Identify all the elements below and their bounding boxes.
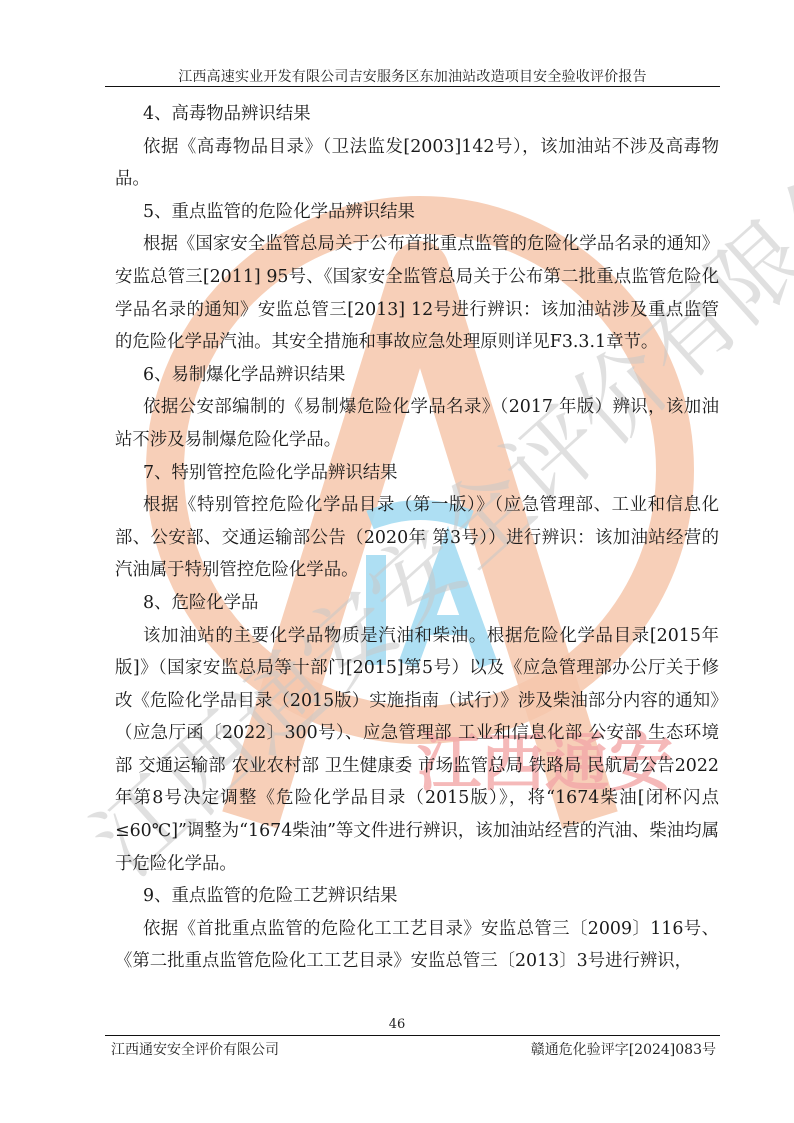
- header-title: 江西高速实业开发有限公司吉安服务区东加油站改造项目安全验收评价报告: [105, 66, 720, 86]
- header-rule: [105, 86, 720, 87]
- paragraph-7: 根据《特别管控危险化学品目录（第一版）》（应急管理部、工业和信息化部、公安部、交…: [115, 489, 719, 587]
- section-heading-9: 9、重点监管的危险工艺辨识结果: [115, 880, 719, 913]
- document-page: 江西高速实业开发有限公司吉安服务区东加油站改造项目安全验收评价报告 江西通安 江…: [0, 0, 794, 1123]
- footer-rule: [105, 1035, 720, 1036]
- section-heading-7: 7、特别管控危险化学品辨识结果: [115, 457, 719, 490]
- page-number: 46: [0, 1017, 794, 1032]
- paragraph-5: 根据《国家安全监管总局关于公布首批重点监管的危险化学品名录的通知》安监总管三[2…: [115, 228, 719, 358]
- paragraph-8: 该加油站的主要化学品物质是汽油和柴油。根据危险化学品目录[2015年版]》（国家…: [115, 620, 719, 881]
- paragraph-4: 依据《高毒物品目录》（卫法监发[2003]142号），该加油站不涉及高毒物品。: [115, 131, 719, 196]
- section-heading-4: 4、高毒物品辨识结果: [115, 98, 719, 131]
- paragraph-6: 依据公安部编制的《易制爆危险化学品名录》（2017 年版）辨识，该加油站不涉及易…: [115, 391, 719, 456]
- section-heading-5: 5、重点监管的危险化学品辨识结果: [115, 196, 719, 229]
- paragraph-9: 依据《首批重点监管的危险化工工艺目录》安监总管三〔2009〕116号、《第二批重…: [115, 913, 719, 978]
- footer-company: 江西通安安全评价有限公司: [111, 1039, 279, 1059]
- document-body: 4、高毒物品辨识结果 依据《高毒物品目录》（卫法监发[2003]142号），该加…: [115, 98, 719, 978]
- section-heading-6: 6、易制爆化学品辨识结果: [115, 359, 719, 392]
- section-heading-8: 8、危险化学品: [115, 587, 719, 620]
- footer-doc-number: 赣通危化验评字[2024]083号: [531, 1039, 716, 1059]
